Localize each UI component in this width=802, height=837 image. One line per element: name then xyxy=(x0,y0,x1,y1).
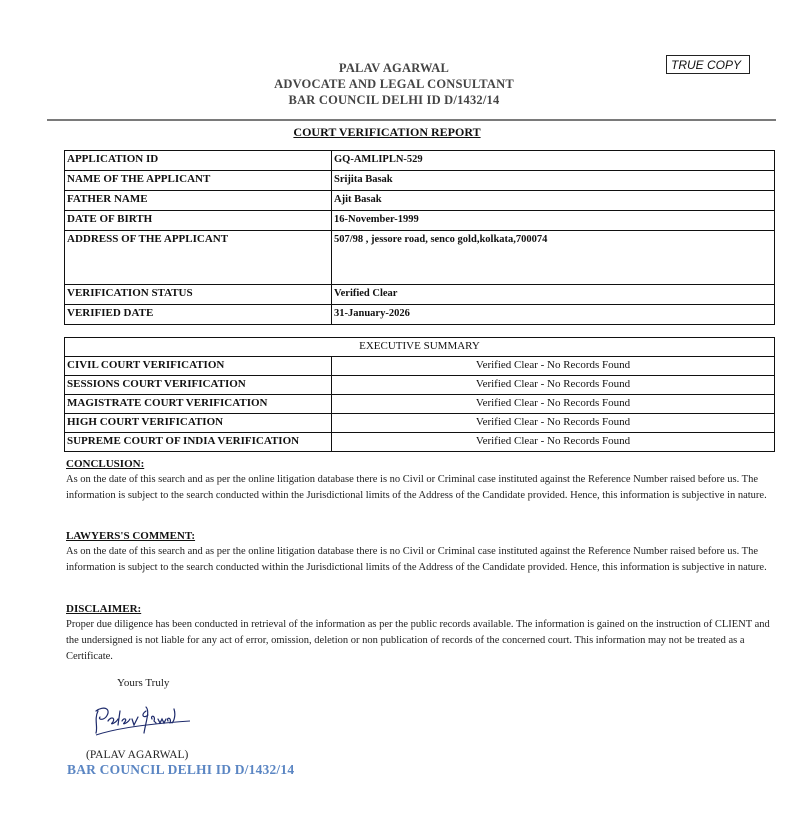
application-id-value: GQ-AMLIPLN-529 xyxy=(332,151,775,171)
conclusion-heading: CONCLUSION: xyxy=(66,456,778,472)
table-row: SESSIONS COURT VERIFICATIONVerified Clea… xyxy=(65,376,775,395)
row-label: APPLICATION ID xyxy=(65,151,332,171)
table-row: DATE OF BIRTH16-November-1999 xyxy=(65,211,775,231)
bar-council-id: BAR COUNCIL DELHI ID D/1432/14 xyxy=(0,92,802,108)
applicant-details-table: APPLICATION IDGQ-AMLIPLN-529 NAME OF THE… xyxy=(64,150,775,325)
table-row: HIGH COURT VERIFICATIONVerified Clear - … xyxy=(65,414,775,433)
row-label: FATHER NAME xyxy=(65,191,332,211)
table-row: SUPREME COURT OF INDIA VERIFICATIONVerif… xyxy=(65,433,775,452)
report-title: COURT VERIFICATION REPORT xyxy=(0,125,774,140)
table-row: ADDRESS OF THE APPLICANT507/98 , jessore… xyxy=(65,231,775,285)
row-label: NAME OF THE APPLICANT xyxy=(65,171,332,191)
applicant-name-value: Srijita Basak xyxy=(332,171,775,191)
signature-icon xyxy=(90,697,200,741)
table-row: MAGISTRATE COURT VERIFICATIONVerified Cl… xyxy=(65,395,775,414)
row-label: MAGISTRATE COURT VERIFICATION xyxy=(65,395,332,414)
lawyers-comment-text: As on the date of this search and as per… xyxy=(66,544,778,576)
table-row: APPLICATION IDGQ-AMLIPLN-529 xyxy=(65,151,775,171)
row-label: ADDRESS OF THE APPLICANT xyxy=(65,231,332,285)
table-row: FATHER NAMEAjit Basak xyxy=(65,191,775,211)
verification-status-value: Verified Clear xyxy=(332,285,775,305)
lawyers-comment-section: LAWYERS'S COMMENT: As on the date of thi… xyxy=(66,528,778,576)
executive-summary-title: EXECUTIVE SUMMARY xyxy=(65,338,775,357)
signatory-name: (PALAV AGARWAL) xyxy=(86,749,188,761)
dob-value: 16-November-1999 xyxy=(332,211,775,231)
row-value: Verified Clear - No Records Found xyxy=(332,357,775,376)
disclaimer-text: Proper due diligence has been conducted … xyxy=(66,617,778,665)
address-value: 507/98 , jessore road, senco gold,kolkat… xyxy=(332,231,775,285)
row-label: SUPREME COURT OF INDIA VERIFICATION xyxy=(65,433,332,452)
conclusion-text: As on the date of this search and as per… xyxy=(66,472,778,504)
table-row: CIVIL COURT VERIFICATIONVerified Clear -… xyxy=(65,357,775,376)
true-copy-stamp: TRUE COPY xyxy=(666,55,750,74)
disclaimer-section: DISCLAIMER: Proper due diligence has bee… xyxy=(66,601,778,665)
table-header-row: EXECUTIVE SUMMARY xyxy=(65,338,775,357)
row-label: HIGH COURT VERIFICATION xyxy=(65,414,332,433)
verified-date-value: 31-January-2026 xyxy=(332,305,775,325)
disclaimer-heading: DISCLAIMER: xyxy=(66,601,778,617)
row-label: CIVIL COURT VERIFICATION xyxy=(65,357,332,376)
row-value: Verified Clear - No Records Found xyxy=(332,414,775,433)
closing-text: Yours Truly xyxy=(117,677,169,689)
row-value: Verified Clear - No Records Found xyxy=(332,376,775,395)
row-label: SESSIONS COURT VERIFICATION xyxy=(65,376,332,395)
executive-summary-table: EXECUTIVE SUMMARY CIVIL COURT VERIFICATI… xyxy=(64,337,775,452)
conclusion-section: CONCLUSION: As on the date of this searc… xyxy=(66,456,778,504)
signatory-bar-id: BAR COUNCIL DELHI ID D/1432/14 xyxy=(67,762,294,778)
row-label: VERIFIED DATE xyxy=(65,305,332,325)
advocate-designation: ADVOCATE AND LEGAL CONSULTANT xyxy=(0,76,802,92)
table-row: VERIFIED DATE31-January-2026 xyxy=(65,305,775,325)
table-row: NAME OF THE APPLICANTSrijita Basak xyxy=(65,171,775,191)
header-divider xyxy=(47,119,776,121)
table-row: VERIFICATION STATUSVerified Clear xyxy=(65,285,775,305)
row-label: VERIFICATION STATUS xyxy=(65,285,332,305)
lawyers-comment-heading: LAWYERS'S COMMENT: xyxy=(66,528,778,544)
row-value: Verified Clear - No Records Found xyxy=(332,433,775,452)
father-name-value: Ajit Basak xyxy=(332,191,775,211)
row-value: Verified Clear - No Records Found xyxy=(332,395,775,414)
row-label: DATE OF BIRTH xyxy=(65,211,332,231)
